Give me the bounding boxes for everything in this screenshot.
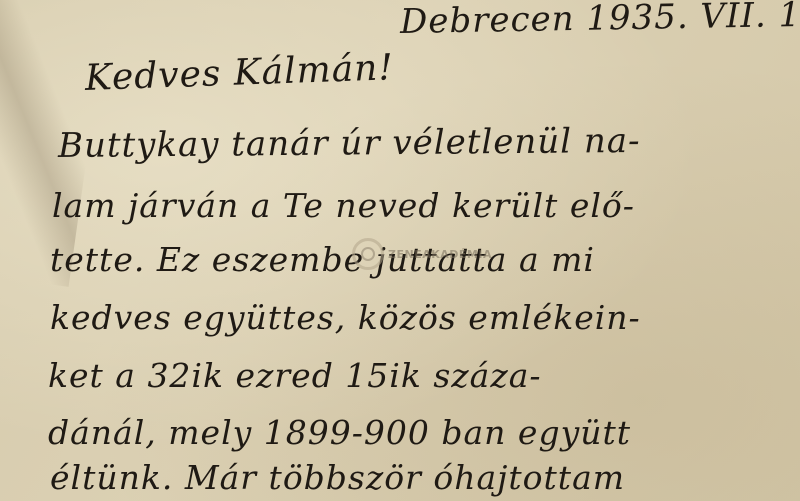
body-line: tette. Ez eszembe juttatta a mi [50, 240, 595, 279]
seal-icon [352, 238, 384, 270]
greeting: Kedves Kálmán! [84, 47, 394, 99]
watermark-text: ZENEAKADÉMIA [388, 248, 492, 261]
body-line: kedves együttes, közös emlékein- [50, 298, 641, 337]
body-line: Buttykay tanár úr véletlenül na- [58, 121, 641, 166]
body-line: dánál, mely 1899-900 ban együtt [48, 413, 631, 452]
place-date: Debrecen 1935. VII. 11 [400, 0, 800, 42]
watermark: ZENEAKADÉMIA [352, 238, 492, 270]
body-line: lam járván a Te neved került elő- [52, 186, 635, 225]
body-line: ket a 32ik ezred 15ik száza- [48, 356, 542, 395]
body-line: éltünk. Már többször óhajtottam [50, 458, 625, 497]
letter-page: Debrecen 1935. VII. 11 Kedves Kálmán! Bu… [0, 0, 800, 501]
